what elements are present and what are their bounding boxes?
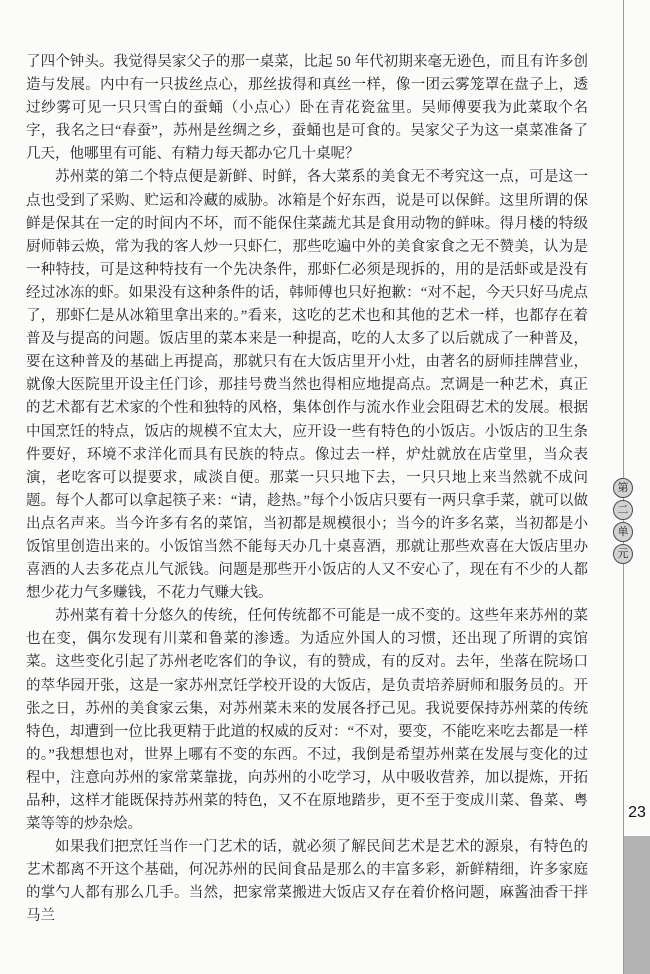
unit-label-tab: 第 二 单 元 — [613, 478, 633, 564]
body-paragraph: 苏州菜的第二个特点便是新鲜、时鲜，各大菜系的美食无不考究这一点，可是这一点也受到… — [26, 166, 588, 605]
unit-badge-char: 二 — [613, 500, 633, 520]
page-number: 23 — [624, 804, 650, 822]
body-paragraph: 如果我们把烹饪当作一门艺术的话，就必须了解民间艺术是艺术的源泉，有特色的艺术都离… — [26, 836, 588, 928]
body-paragraph: 了四个钟头。我觉得吴家父子的那一桌菜，比起 50 年代初期来毫无逊色，而且有许多… — [26, 51, 588, 166]
body-paragraph: 苏州菜有着十分悠久的传统，任何传统都不可能是一成不变的。这些年来苏州的菜也在变，… — [26, 605, 588, 836]
unit-badge-char: 第 — [613, 478, 633, 498]
unit-badge-char: 单 — [613, 522, 633, 542]
page-body-text: 了四个钟头。我觉得吴家父子的那一桌菜，比起 50 年代初期来毫无逊色，而且有许多… — [26, 51, 588, 929]
page-edge-gray-tab — [624, 836, 650, 974]
unit-badge-char: 元 — [613, 544, 633, 564]
